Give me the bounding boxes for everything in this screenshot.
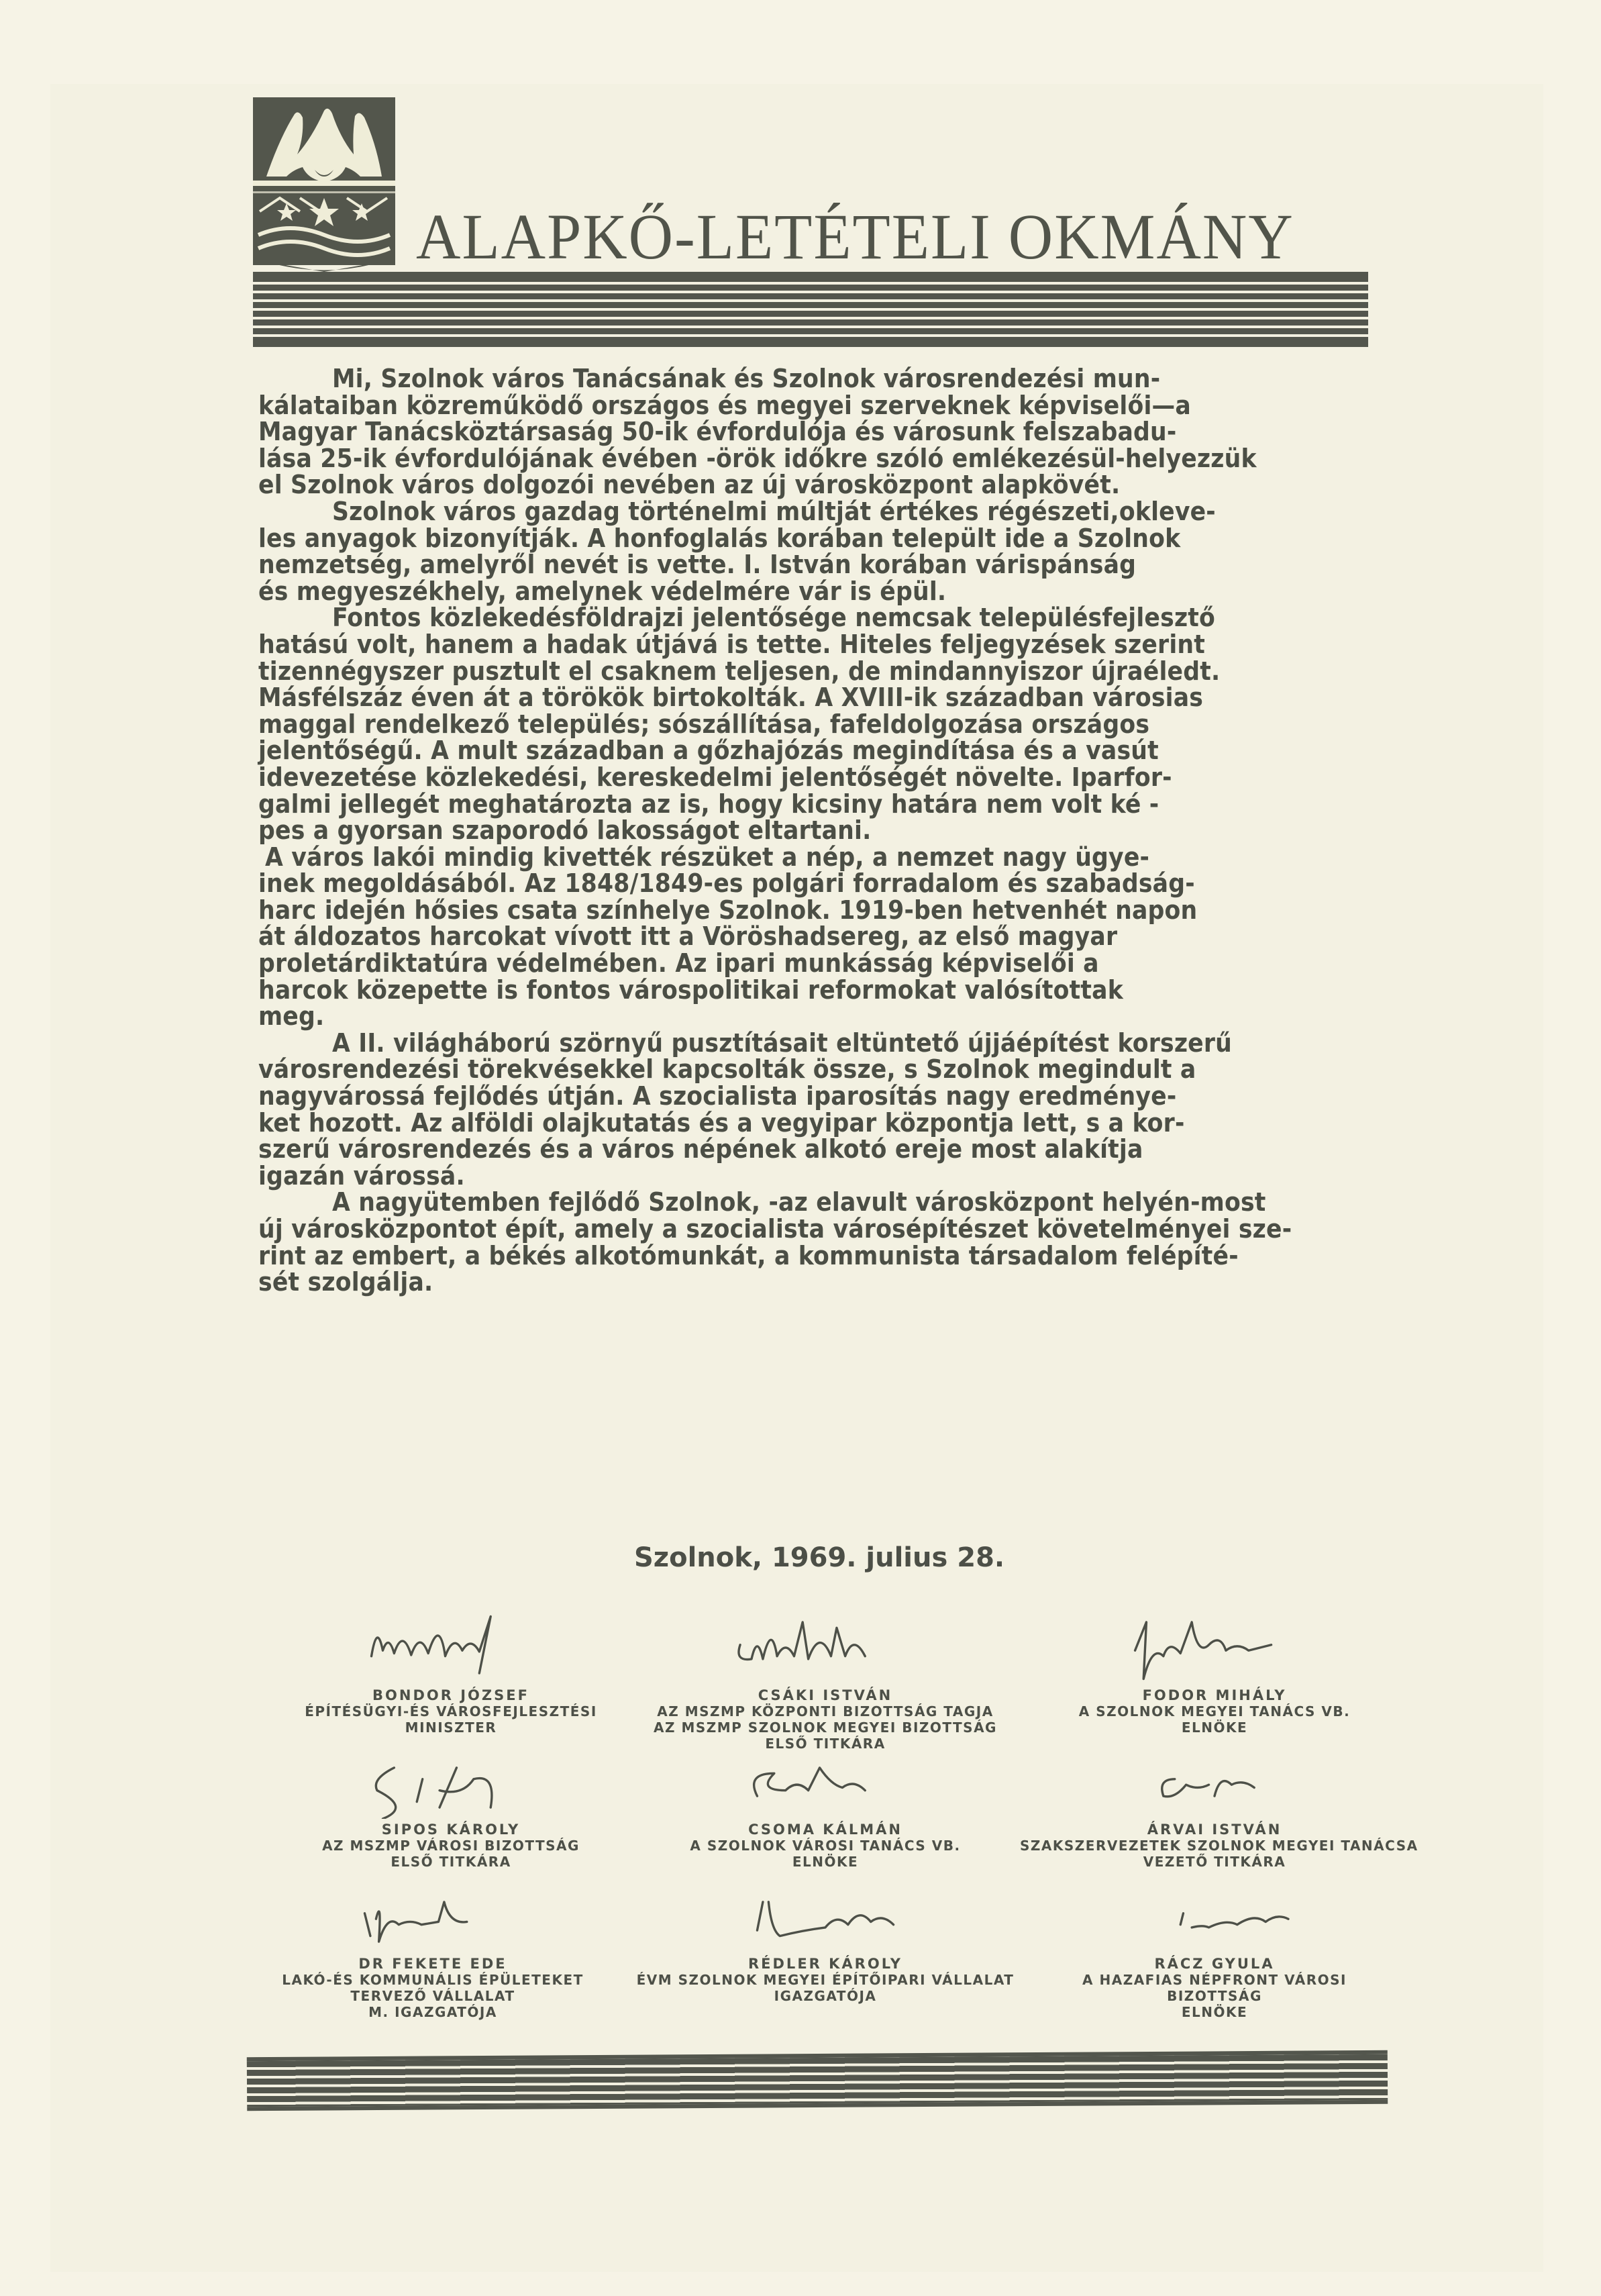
signatory-name: CSÁKI ISTVÁN [624, 1687, 1027, 1703]
bottom-rule-divider [247, 2050, 1388, 2111]
body-line: pes a gyorsan szaporodó lakosságot eltar… [258, 817, 1376, 844]
signatory-title: ELSŐ TITKÁRA [250, 1854, 652, 1870]
signatory-title: LAKÓ-ÉS KOMMUNÁLIS ÉPÜLETEKET [231, 1972, 634, 1988]
body-line: városrendezési törekvésekkel kapcsolták … [258, 1056, 1376, 1083]
body-line: lása 25-ik évfordulójának évében -örök i… [258, 446, 1376, 472]
body-line: galmi jellegét meghatározta az is, hogy … [258, 791, 1376, 818]
body-line: harcok közepette is fontos várospolitika… [258, 977, 1376, 1004]
signatory-name: RÁCZ GYULA [1020, 1956, 1409, 1972]
body-line: les anyagok bizonyítják. A honfoglalás k… [258, 526, 1376, 552]
body-line: Másfélszáz éven át a törökök birtokolták… [258, 685, 1376, 711]
body-line: kálataiban közreműködő országos és megye… [258, 393, 1376, 419]
signatory-block: FODOR MIHÁLYA SZOLNOK MEGYEI TANÁCS VB.E… [1020, 1611, 1409, 1736]
signatory-name: CSOMA KÁLMÁN [624, 1821, 1027, 1838]
signatory-name: DR FEKETE EDE [231, 1956, 634, 1972]
body-line: maggal rendelkező település; sószállítás… [258, 711, 1376, 738]
handwritten-signature-icon [250, 1745, 652, 1819]
signatory-title: M. IGAZGATÓJA [231, 2004, 634, 2020]
signatory-name: RÉDLER KÁROLY [624, 1956, 1027, 1972]
signatory-block: CSOMA KÁLMÁNA SZOLNOK VÁROSI TANÁCS VB.E… [624, 1745, 1027, 1870]
body-line: A nagyütemben fejlődő Szolnok, -az elavu… [258, 1189, 1376, 1216]
body-line: Szolnok város gazdag történelmi múltját … [258, 499, 1376, 526]
signatory-title: ELNÖKE [1020, 1719, 1409, 1736]
signatory-title: ELNÖKE [624, 1854, 1027, 1870]
signatory-title: AZ MSZMP VÁROSI BIZOTTSÁG [250, 1838, 652, 1854]
body-line: inek megoldásából. Az 1848/1849-es polgá… [258, 870, 1376, 897]
body-line: rint az embert, a békés alkotómunkát, a … [258, 1243, 1376, 1270]
handwritten-signature-icon [250, 1611, 652, 1685]
body-line: Mi, Szolnok város Tanácsának és Szolnok … [258, 366, 1376, 393]
place-and-date: Szolnok, 1969. julius 28. [634, 1542, 1004, 1573]
body-line: igazán várossá. [258, 1163, 1376, 1190]
body-line: és megyeszékhely, amelynek védelmére vár… [258, 579, 1376, 605]
handwritten-signature-icon [1020, 1611, 1409, 1685]
body-line: ket hozott. Az alföldi olajkutatás és a … [258, 1110, 1376, 1137]
body-line: tizennégyszer pusztult el csaknem teljes… [258, 658, 1376, 685]
body-line: idevezetése közlekedési, kereskedelmi je… [258, 764, 1376, 791]
body-line: nagyvárossá fejlődés útján. A szocialist… [258, 1083, 1376, 1110]
signatory-title: TERVEZŐ VÁLLALAT [231, 1988, 634, 2004]
signatory-title: ÉPÍTÉSÜGYI-ÉS VÁROSFEJLESZTÉSI [250, 1703, 652, 1719]
body-line: A város lakói mindig kivették részüket a… [258, 844, 1376, 871]
signatory-name: SIPOS KÁROLY [250, 1821, 652, 1838]
signatory-name: FODOR MIHÁLY [1020, 1687, 1409, 1703]
body-line: harc idején hősies csata színhelye Szoln… [258, 897, 1376, 924]
body-line: A II. világháború szörnyű pusztításait e… [258, 1030, 1376, 1057]
signatory-title: A SZOLNOK MEGYEI TANÁCS VB. [1020, 1703, 1409, 1719]
handwritten-signature-icon [624, 1879, 1027, 1953]
document-title: ALAPKŐ-LETÉTELI OKMÁNY [416, 201, 1369, 272]
handwritten-signature-icon [624, 1745, 1027, 1819]
signatory-block: CSÁKI ISTVÁNAZ MSZMP KÖZPONTI BIZOTTSÁG … [624, 1611, 1027, 1752]
signatory-title: SZAKSZERVEZETEK SZOLNOK MEGYEI TANÁCSA [1020, 1838, 1409, 1854]
body-line: nemzetség, amelyről nevét is vette. I. I… [258, 552, 1376, 579]
signatory-block: DR FEKETE EDELAKÓ-ÉS KOMMUNÁLIS ÉPÜLETEK… [231, 1879, 634, 2020]
signatory-title: IGAZGATÓJA [624, 1988, 1027, 2004]
signatory-title: A SZOLNOK VÁROSI TANÁCS VB. [624, 1838, 1027, 1854]
body-line: Magyar Tanácsköztársaság 50-ik évforduló… [258, 419, 1376, 446]
signatory-title: BIZOTTSÁG [1020, 1988, 1409, 2004]
signatory-title: ÉVM SZOLNOK MEGYEI ÉPÍTŐIPARI VÁLLALAT [624, 1972, 1027, 1988]
signatory-block: RÉDLER KÁROLYÉVM SZOLNOK MEGYEI ÉPÍTŐIPA… [624, 1879, 1027, 2004]
body-line: hatású volt, hanem a hadak útjává is tet… [258, 632, 1376, 658]
signatory-title: AZ MSZMP KÖZPONTI BIZOTTSÁG TAGJA [624, 1703, 1027, 1719]
body-line: szerű városrendezés és a város népének a… [258, 1136, 1376, 1163]
body-line: új városközpontot épít, amely a szociali… [258, 1216, 1376, 1243]
signatory-title: VEZETŐ TITKÁRA [1020, 1854, 1409, 1870]
signatory-name: ÁRVAI ISTVÁN [1020, 1821, 1409, 1838]
signatory-block: SIPOS KÁROLYAZ MSZMP VÁROSI BIZOTTSÁGELS… [250, 1745, 652, 1870]
signatory-title: AZ MSZMP SZOLNOK MEGYEI BIZOTTSÁG [624, 1719, 1027, 1736]
title-rule-divider [253, 272, 1368, 347]
body-line: jelentőségű. A mult században a gőzhajóz… [258, 738, 1376, 764]
body-line: proletárdiktatúra védelmében. Az ipari m… [258, 950, 1376, 977]
handwritten-signature-icon [1020, 1745, 1409, 1819]
handwritten-signature-icon [231, 1879, 634, 1953]
body-line: el Szolnok város dolgozói nevében az új … [258, 472, 1376, 499]
body-line: át áldozatos harcokat vívott itt a Vörös… [258, 924, 1376, 950]
document-body: Mi, Szolnok város Tanácsának és Szolnok … [258, 366, 1376, 1296]
body-line: meg. [258, 1003, 1376, 1030]
signatory-title: MINISZTER [250, 1719, 652, 1736]
body-line: Fontos közlekedésföldrajzi jelentősége n… [258, 605, 1376, 632]
body-line: sét szolgálja. [258, 1269, 1376, 1296]
signatory-block: RÁCZ GYULAA HAZAFIAS NÉPFRONT VÁROSIBIZO… [1020, 1879, 1409, 2020]
signatory-name: BONDOR JÓZSEF [250, 1687, 652, 1703]
handwritten-signature-icon [1020, 1879, 1409, 1953]
signatory-block: ÁRVAI ISTVÁNSZAKSZERVEZETEK SZOLNOK MEGY… [1020, 1745, 1409, 1870]
signatory-block: BONDOR JÓZSEFÉPÍTÉSÜGYI-ÉS VÁROSFEJLESZT… [250, 1611, 652, 1736]
handwritten-signature-icon [624, 1611, 1027, 1685]
signatory-title: A HAZAFIAS NÉPFRONT VÁROSI [1020, 1972, 1409, 1988]
coat-of-arms-icon [253, 97, 395, 272]
signatory-title: ELNÖKE [1020, 2004, 1409, 2020]
